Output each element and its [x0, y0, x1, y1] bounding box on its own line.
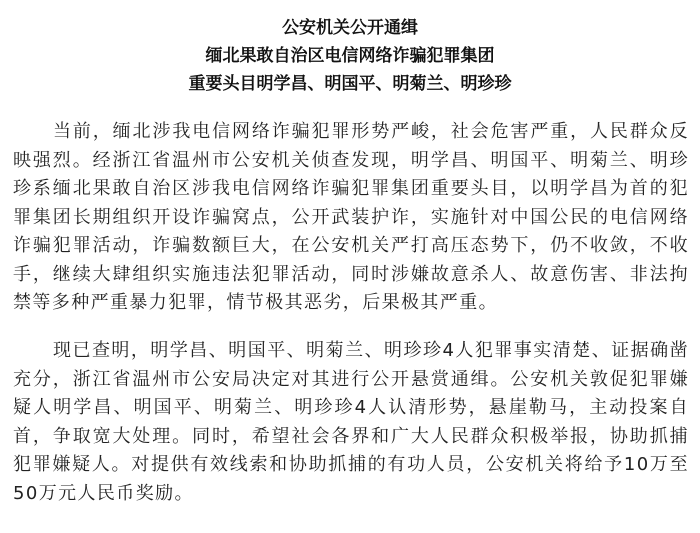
notice-title: 公安机关公开通缉 缅北果敢自治区电信网络诈骗犯罪集团 重要头目明学昌、明国平、明…: [0, 14, 700, 98]
paragraph-situation: 当前，缅北涉我电信网络诈骗犯罪形势严峻，社会危害严重，人民群众反映强烈。经浙江省…: [13, 118, 689, 318]
wanted-notice-document: 公安机关公开通缉 缅北果敢自治区电信网络诈骗犯罪集团 重要头目明学昌、明国平、明…: [0, 0, 700, 533]
title-line-2: 缅北果敢自治区电信网络诈骗犯罪集团: [0, 42, 700, 70]
title-line-3: 重要头目明学昌、明国平、明菊兰、明珍珍: [0, 70, 700, 98]
paragraph-reward: 现已查明，明学昌、明国平、明菊兰、明珍珍4人犯罪事实清楚、证据确凿充分，浙江省温…: [13, 337, 689, 508]
title-line-1: 公安机关公开通缉: [0, 14, 700, 42]
